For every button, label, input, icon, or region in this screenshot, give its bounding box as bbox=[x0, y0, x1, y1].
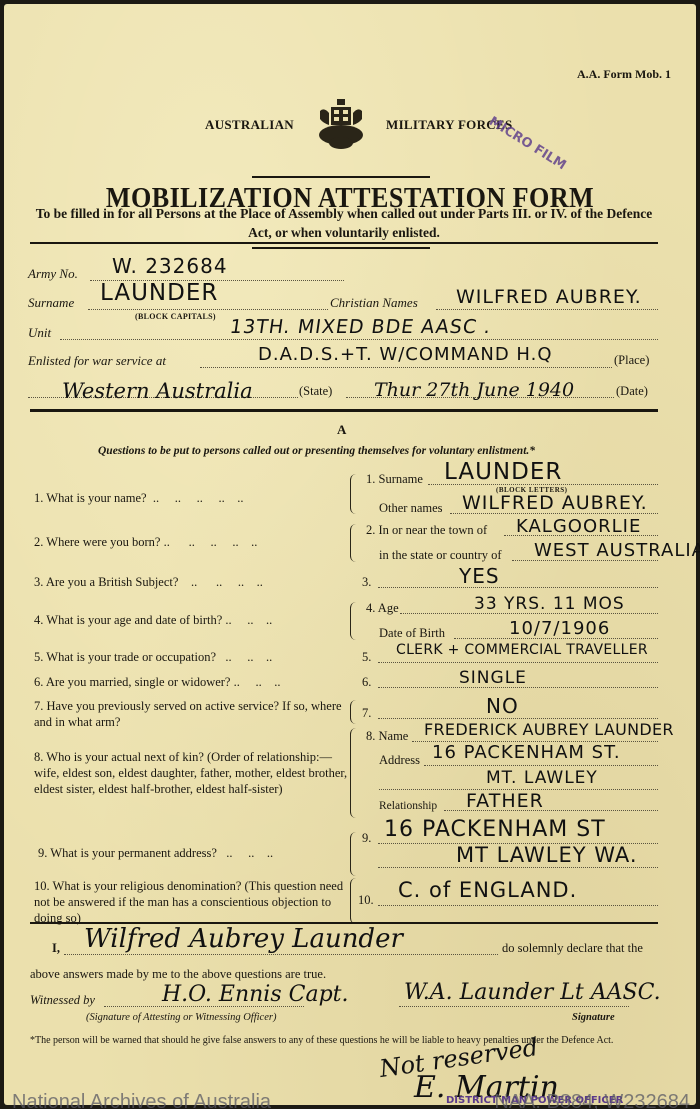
question-7: 7. Have you previously served on active … bbox=[34, 698, 349, 730]
state-value[interactable]: Western Australia bbox=[62, 379, 253, 403]
q4-dob-label: Date of Birth bbox=[379, 625, 445, 641]
q10-value[interactable]: C. of ENGLAND. bbox=[398, 878, 577, 902]
enlisted-line bbox=[200, 367, 612, 368]
question-10: 10. What is your religious denomination?… bbox=[34, 878, 349, 926]
q8-relationship-label: Relationship bbox=[379, 798, 437, 814]
q9-label: 9. bbox=[362, 830, 371, 846]
question-6: 6. Are you married, single or widower? .… bbox=[34, 674, 280, 690]
christian-names-value[interactable]: WILFRED AUBREY. bbox=[456, 286, 642, 308]
q4-dob-value[interactable]: 10/7/1906 bbox=[509, 618, 610, 639]
question-1: 1. What is your name? .. .. .. .. .. bbox=[34, 490, 243, 506]
archive-reference-watermark: NAA: B884, W232684 bbox=[494, 1091, 690, 1109]
q8-name-label: 8. Name bbox=[366, 728, 408, 744]
q2-town-label: 2. In or near the town of bbox=[366, 522, 487, 538]
enlisted-label: Enlisted for war service at bbox=[28, 353, 166, 369]
title-rule-top bbox=[252, 176, 430, 178]
answer-line bbox=[378, 662, 658, 663]
brace bbox=[350, 878, 357, 924]
signature-line bbox=[399, 1006, 629, 1007]
q8-relationship-value[interactable]: FATHER bbox=[466, 790, 544, 812]
brace bbox=[350, 602, 357, 640]
q6-value[interactable]: SINGLE bbox=[459, 668, 527, 688]
christian-names-line bbox=[436, 309, 658, 310]
q6-label: 6. bbox=[362, 674, 371, 690]
section-a-letter: A bbox=[337, 422, 346, 438]
unit-value[interactable]: 13TH. MIXED BDE AASC . bbox=[228, 316, 492, 338]
coat-of-arms-icon bbox=[312, 97, 370, 152]
unit-line bbox=[60, 339, 658, 340]
declaration-line2: above answers made by me to the above qu… bbox=[30, 966, 326, 982]
q8-address-value[interactable]: 16 PACKENHAM ST. bbox=[432, 742, 621, 763]
q9-address-value[interactable]: 16 PACKENHAM ST bbox=[384, 817, 606, 842]
answer-line bbox=[378, 718, 658, 719]
question-4: 4. What is your age and date of birth? .… bbox=[34, 612, 272, 628]
brace bbox=[350, 524, 357, 562]
q2-town-value[interactable]: KALGOORLIE bbox=[516, 516, 641, 537]
q1-surname-label: 1. Surname bbox=[366, 471, 423, 487]
place-suffix: (Place) bbox=[614, 353, 649, 368]
q1-other-names-value[interactable]: WILFRED AUBREY. bbox=[462, 492, 648, 514]
q1-surname-value[interactable]: LAUNDER bbox=[444, 459, 562, 485]
form-intro: To be filled in for all Persons at the P… bbox=[24, 204, 664, 242]
answer-line bbox=[378, 587, 658, 588]
title-rule-bottom bbox=[252, 247, 430, 249]
archive-watermark: National Archives of Australia bbox=[12, 1091, 271, 1109]
q10-label: 10. bbox=[358, 892, 374, 908]
form-code: A.A. Form Mob. 1 bbox=[577, 67, 671, 82]
witness-signature[interactable]: H.O. Ennis Capt. bbox=[162, 982, 349, 1007]
answer-line bbox=[378, 867, 658, 868]
footnote: *The person will be warned that should h… bbox=[30, 1034, 658, 1048]
q2-country-value[interactable]: WEST AUSTRALIA bbox=[534, 540, 700, 561]
brace bbox=[350, 728, 357, 818]
answer-line bbox=[378, 905, 658, 906]
q8-address-line2-value[interactable]: MT. LAWLEY bbox=[486, 768, 598, 788]
section-rule-1 bbox=[30, 242, 658, 244]
microfilm-stamp: MICRO FILM bbox=[486, 114, 568, 173]
q8-name-value[interactable]: FREDERICK AUBREY LAUNDER bbox=[424, 720, 674, 739]
attestation-form: A.A. Form Mob. 1 AUSTRALIAN MILITARY FOR… bbox=[4, 4, 696, 1105]
q3-value[interactable]: YES bbox=[459, 564, 500, 588]
question-2: 2. Where were you born? .. .. .. .. .. bbox=[34, 534, 257, 550]
witness-caption: (Signature of Attesting or Witnessing Of… bbox=[86, 1012, 276, 1023]
question-8: 8. Who is your actual next of kin? (Orde… bbox=[34, 749, 349, 797]
q4-age-label: 4. Age bbox=[366, 600, 399, 616]
answer-line bbox=[424, 765, 658, 766]
christian-names-label: Christian Names bbox=[330, 295, 418, 311]
question-9: 9. What is your permanent address? .. ..… bbox=[38, 845, 273, 861]
q2-country-label: in the state or country of bbox=[379, 547, 502, 563]
q1-other-names-label: Other names bbox=[379, 500, 443, 516]
declaration-name-value[interactable]: Wilfred Aubrey Launder bbox=[84, 924, 403, 954]
q8-address-label: Address bbox=[379, 752, 420, 768]
enlistee-signature[interactable]: W.A. Launder Lt AASC. bbox=[404, 980, 661, 1005]
q3-label: 3. bbox=[362, 574, 371, 590]
army-no-label: Army No. bbox=[28, 266, 78, 282]
section-a-subtitle: Questions to be put to persons called ou… bbox=[98, 445, 535, 457]
brace bbox=[350, 700, 357, 724]
signature-caption: Signature bbox=[572, 1012, 615, 1023]
brace bbox=[350, 474, 357, 514]
question-3: 3. Are you a British Subject? .. .. .. .… bbox=[34, 574, 263, 590]
declaration-prefix: I, bbox=[52, 940, 60, 956]
surname-line bbox=[88, 309, 328, 310]
q5-label: 5. bbox=[362, 649, 371, 665]
witnessed-by-label: Witnessed by bbox=[30, 993, 95, 1008]
header-australian: AUSTRALIAN bbox=[205, 117, 294, 133]
state-suffix: (State) bbox=[299, 384, 332, 399]
brace bbox=[350, 832, 357, 876]
enlisted-value[interactable]: D.A.D.S.+T. W/COMMAND H.Q bbox=[258, 344, 553, 365]
surname-label: Surname bbox=[28, 295, 74, 311]
q9-address-line2-value[interactable]: MT LAWLEY WA. bbox=[456, 843, 638, 867]
surname-hint: (BLOCK CAPITALS) bbox=[135, 312, 216, 321]
section-rule-2 bbox=[30, 409, 658, 412]
declaration-name-line bbox=[64, 954, 498, 955]
army-no-value[interactable]: W. 232684 bbox=[112, 254, 228, 278]
surname-value[interactable]: LAUNDER bbox=[100, 280, 218, 306]
date-value[interactable]: Thur 27th June 1940 bbox=[374, 379, 574, 401]
q7-value[interactable]: NO bbox=[486, 694, 519, 718]
q5-value[interactable]: CLERK + COMMERCIAL TRAVELLER bbox=[396, 642, 648, 658]
declaration-suffix: do solemnly declare that the bbox=[502, 940, 643, 956]
q7-label: 7. bbox=[362, 705, 371, 721]
unit-label: Unit bbox=[28, 325, 51, 341]
question-5: 5. What is your trade or occupation? .. … bbox=[34, 649, 272, 665]
date-suffix: (Date) bbox=[616, 384, 648, 399]
q4-age-value[interactable]: 33 YRS. 11 MOS bbox=[474, 594, 625, 614]
